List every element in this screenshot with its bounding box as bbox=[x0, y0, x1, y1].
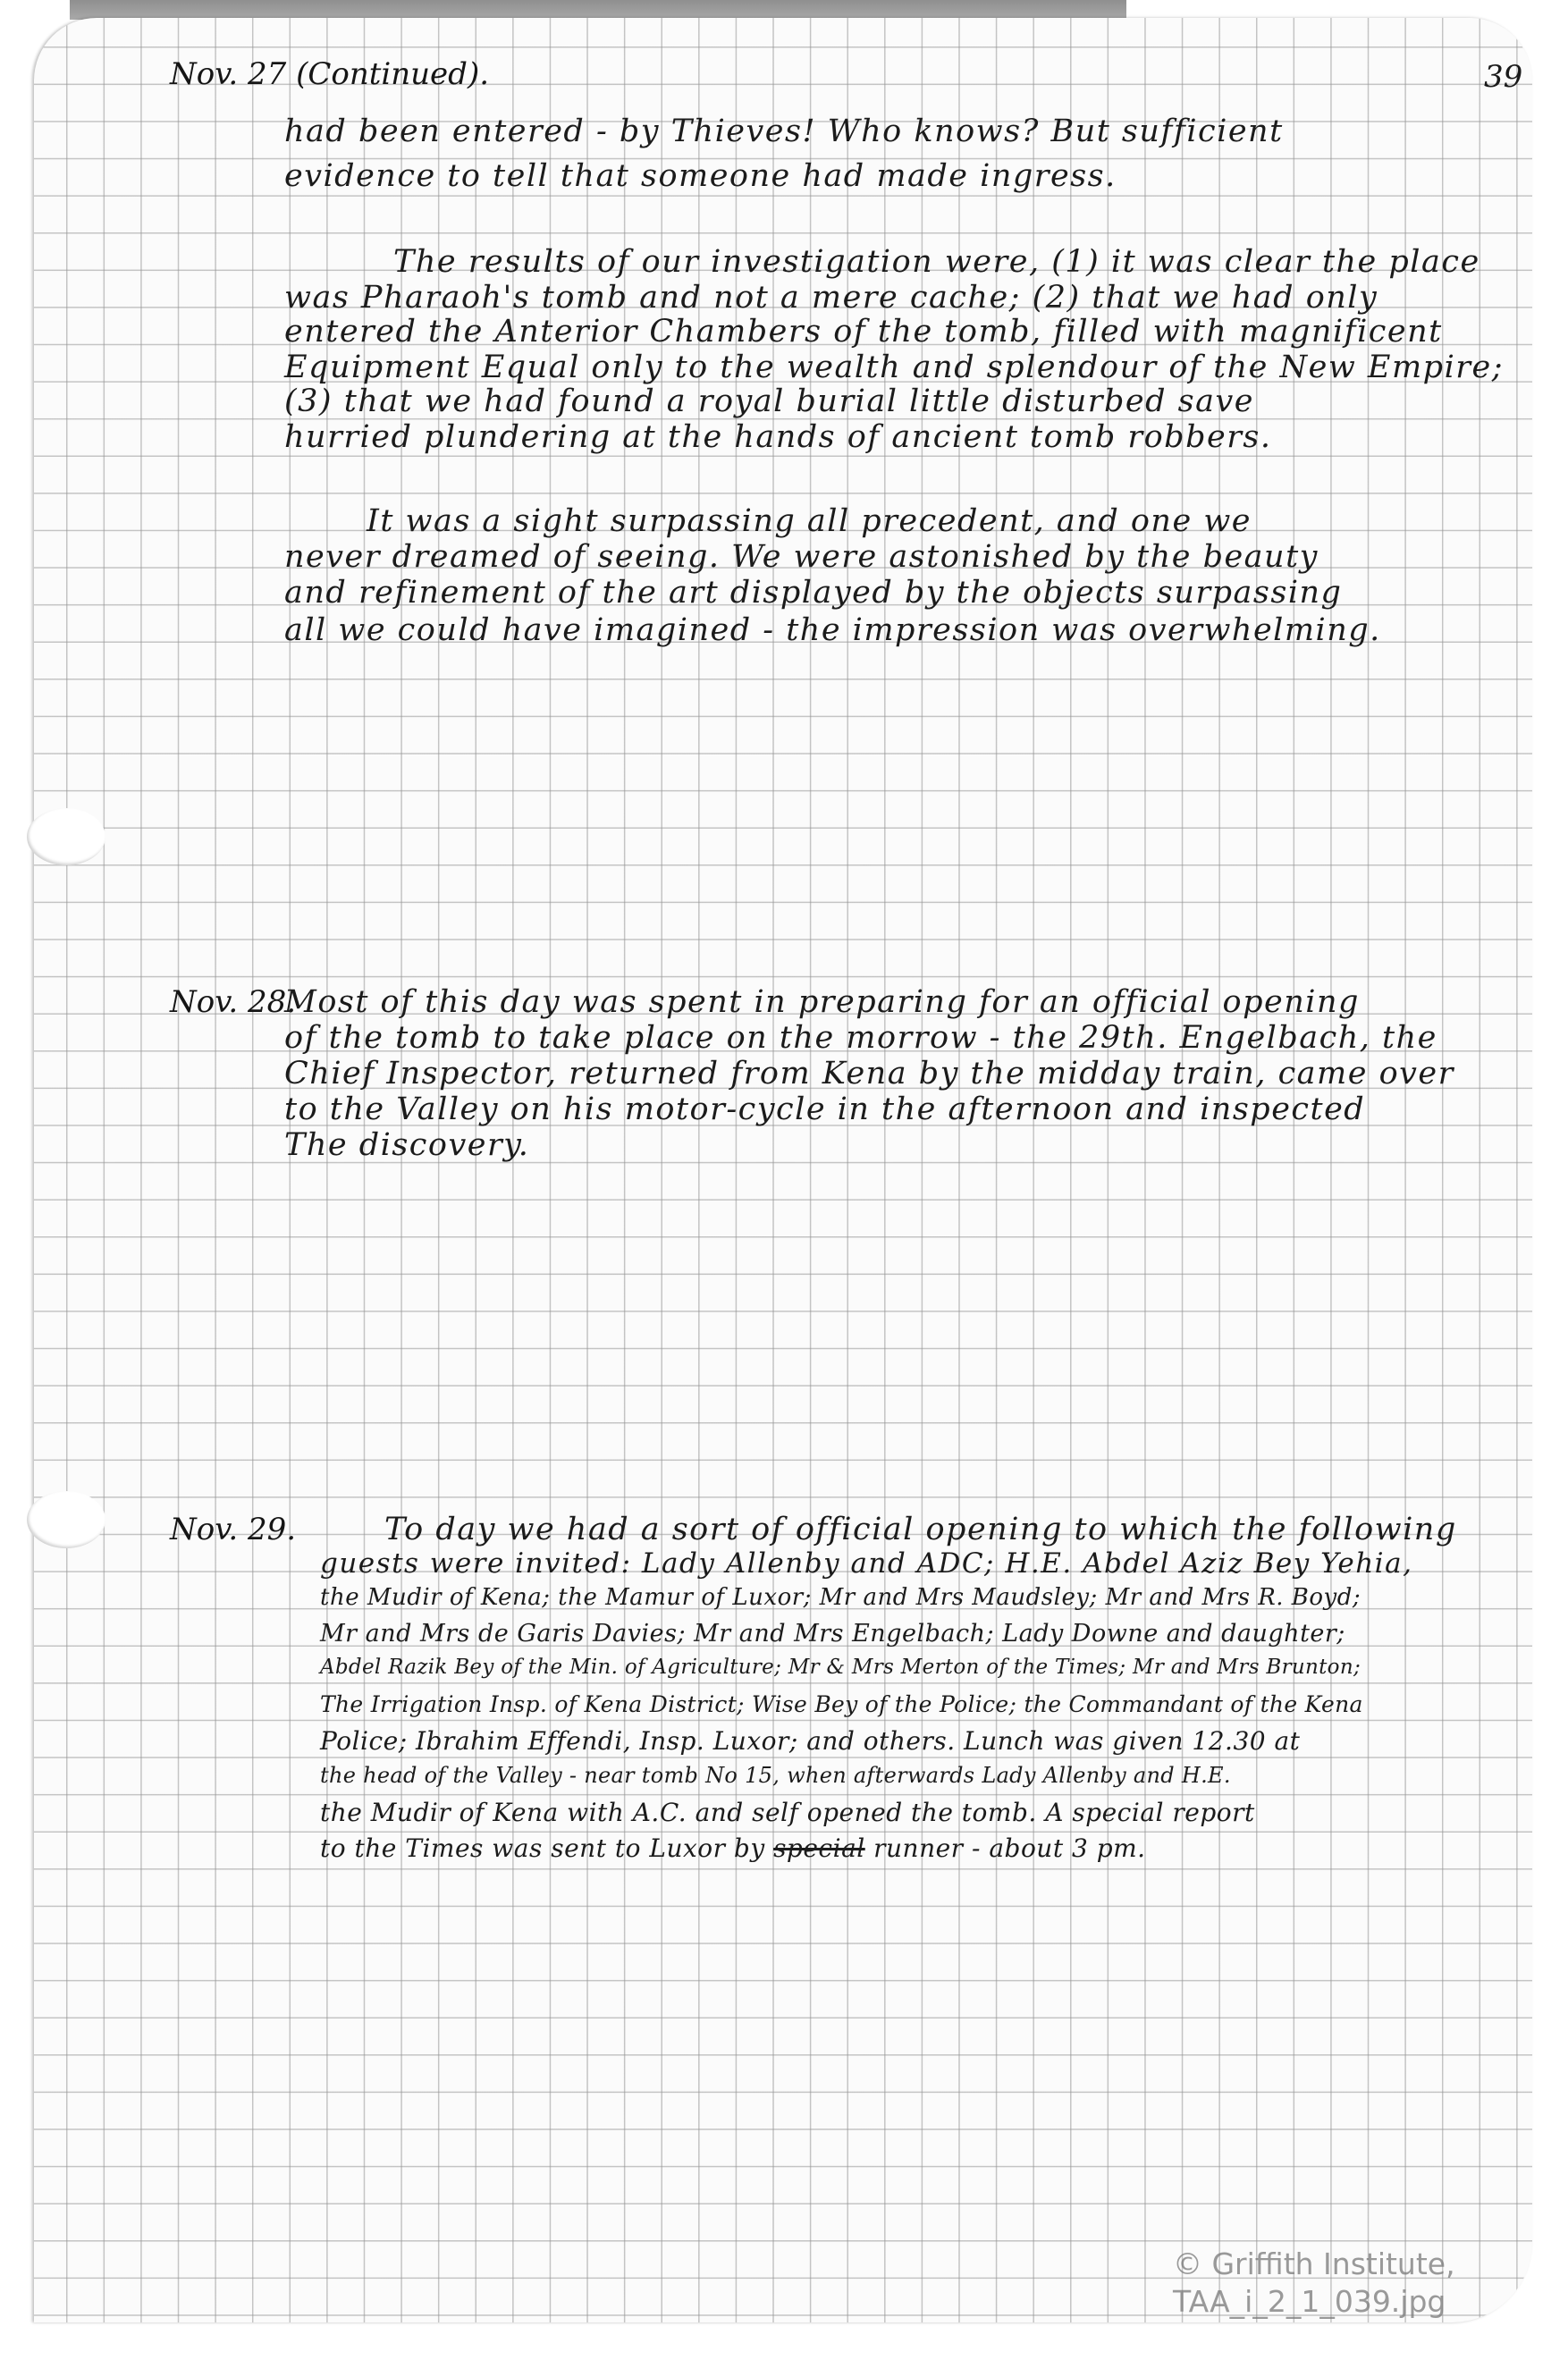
text-line: Chief Inspector, returned from Kena by t… bbox=[284, 1058, 1454, 1090]
text-line: Most of this day was spent in preparing … bbox=[284, 987, 1360, 1018]
text-segment: runner - about 3 pm. bbox=[873, 1833, 1145, 1863]
text-line: of the tomb to take place on the morrow … bbox=[284, 1023, 1437, 1054]
text-line: (3) that we had found a royal burial lit… bbox=[284, 386, 1254, 417]
text-line: and refinement of the art displayed by t… bbox=[284, 577, 1342, 609]
text-line: the head of the Valley - near tomb No 15… bbox=[320, 1765, 1231, 1786]
text-line: had been entered - by Thieves! Who knows… bbox=[284, 116, 1284, 147]
text-line: Police; Ibrahim Effendi, Insp. Luxor; an… bbox=[320, 1729, 1300, 1754]
page-number: 39 bbox=[1484, 59, 1522, 95]
punch-hole bbox=[27, 1491, 105, 1548]
text-line: Equipment Equal only to the wealth and s… bbox=[284, 352, 1504, 383]
text-line: evidence to tell that someone had made i… bbox=[284, 161, 1117, 192]
text-line: It was a sight surpassing all precedent,… bbox=[367, 506, 1252, 537]
text-line: The Irrigation Insp. of Kena District; W… bbox=[320, 1693, 1363, 1715]
text-line-last: to the Times was sent to Luxor by specia… bbox=[320, 1836, 1146, 1861]
text-line: guests were invited: Lady Allenby and AD… bbox=[320, 1550, 1412, 1578]
text-line: all we could have imagined - the impress… bbox=[284, 615, 1381, 646]
watermark-line-1: © Griffith Institute, bbox=[1173, 2246, 1455, 2283]
watermark-line-2: TAA_i_2_1_039.jpg bbox=[1173, 2283, 1455, 2321]
text-line: hurried plundering at the hands of ancie… bbox=[284, 422, 1272, 453]
copyright-watermark: © Griffith Institute, TAA_i_2_1_039.jpg bbox=[1173, 2246, 1455, 2321]
text-line: Mr and Mrs de Garis Davies; Mr and Mrs E… bbox=[320, 1622, 1345, 1646]
text-segment: to the Times was sent to Luxor by bbox=[320, 1833, 765, 1863]
text-line: Abdel Razik Bey of the Min. of Agricultu… bbox=[320, 1657, 1361, 1678]
text-line: to the Valley on his motor-cycle in the … bbox=[284, 1094, 1365, 1125]
text-line: To day we had a sort of official opening… bbox=[384, 1514, 1457, 1546]
text-line: the Mudir of Kena with A.C. and self ope… bbox=[320, 1800, 1255, 1825]
text-line: the Mudir of Kena; the Mamur of Luxor; M… bbox=[320, 1586, 1361, 1609]
punch-hole bbox=[27, 808, 105, 865]
entry-date: Nov. 29. bbox=[170, 1514, 296, 1545]
header-date: Nov. 27 (Continued). bbox=[170, 59, 489, 89]
text-line: entered the Anterior Chambers of the tom… bbox=[284, 316, 1443, 348]
text-line: The results of our investigation were, (… bbox=[393, 247, 1480, 278]
text-line: was Pharaoh's tomb and not a mere cache;… bbox=[284, 282, 1378, 314]
binder-strip bbox=[70, 0, 1126, 20]
entry-date: Nov. 28. bbox=[170, 987, 296, 1017]
struck-word: special bbox=[773, 1833, 865, 1863]
text-line: never dreamed of seeing. We were astonis… bbox=[284, 542, 1319, 573]
text-line: The discovery. bbox=[284, 1130, 529, 1161]
